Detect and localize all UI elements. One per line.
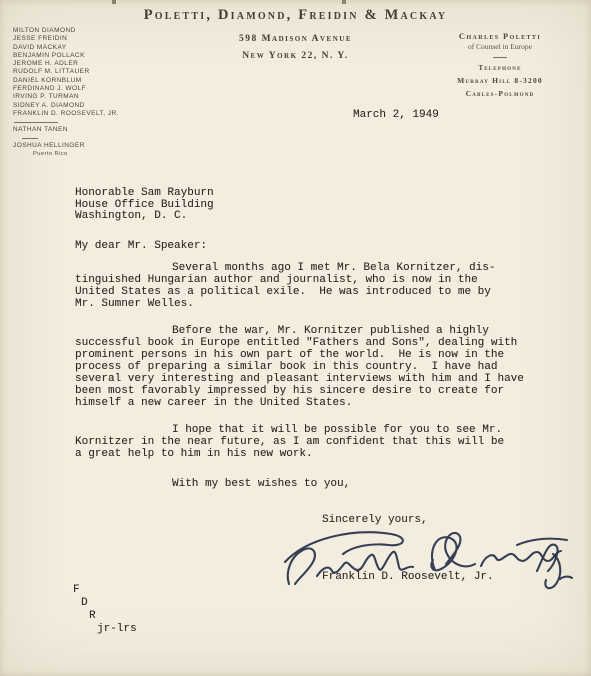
recipient-address-block: Honorable Sam RayburnHouse Office Buildi… [75,188,541,223]
signature-stroke [288,548,315,584]
reference-initial-line: jr-lrs [73,623,137,636]
firm-name: Poletti, Diamond, Freidin & Mackay [0,7,591,24]
letter-date: March 2, 1949 [353,109,439,121]
body-line: United States as a political exile. He w… [75,286,541,298]
body-paragraph: I hope that it will be possible for you … [75,424,541,460]
signature-stroke [537,545,557,571]
reference-initial-line: F [73,584,137,597]
body-line: a great help to him in his new work. [75,448,541,460]
body-paragraph: Before the war, Mr. Kornitzer published … [75,325,541,409]
telephone-number: Murray Hill 8-3200 [415,74,585,87]
signature-autograph [283,522,575,596]
reference-initial-line: R [73,610,137,623]
signature-stroke [517,539,567,545]
counsel-divider [493,57,507,58]
body-line: tinguished Hungarian author and journali… [75,274,541,286]
letter-page: MILTON DIAMONDJESSE FREIDINDAVID MACKAYB… [0,0,591,676]
letter-body: Honorable Sam RayburnHouse Office Buildi… [75,188,541,526]
cables-address: Cables-Polmond [415,87,585,100]
partner-name: FRANKLIN D. ROOSEVELT, JR. [13,110,119,118]
counsel-title: of Counsel in Europe [415,42,585,52]
body-line: prominent persons in his own part of the… [75,349,541,361]
recipient-line: Washington, D. C. [75,211,541,223]
reference-initials: FDRjr-lrs [73,584,137,636]
body-line: several very interesting and pleasant in… [75,373,541,385]
salutation: My dear Mr. Speaker: [75,240,541,252]
body-line: Kornitzer in the near future, as I am co… [75,436,541,448]
body-line: process of preparing a similar book in t… [75,361,541,373]
reference-initial-line: D [73,597,137,610]
body-line: Before the war, Mr. Kornitzer published … [75,325,541,337]
body-line: Mr. Sumner Welles. [75,298,541,310]
partner-name: IRVING P. TURMAN [13,93,119,101]
partner-name: JEROME H. ADLER [13,60,119,68]
partner-note: Puerto Rico [13,150,119,158]
partner-name: JOSHUA HELLINGER [13,142,119,150]
counsel-name: Charles Poletti [415,31,585,42]
signature-stroke [431,533,475,570]
body-line: himself a new career in the United State… [75,397,541,409]
body-line: I hope that it will be possible for you … [75,424,541,436]
body-line: been most favorably impressed by his sin… [75,385,541,397]
scan-artifact-mark [112,0,116,4]
scan-artifact-mark [342,0,346,4]
partner-list-divider [14,122,58,123]
signature-stroke [481,551,561,566]
body-line: Several months ago I met Mr. Bela Kornit… [75,262,541,274]
telephone-label: Telephone [415,62,585,74]
recipient-line: Honorable Sam Rayburn [75,188,541,200]
body-paragraphs: Several months ago I met Mr. Bela Kornit… [75,262,541,460]
closing-wishes: With my best wishes to you, [75,478,541,490]
letterhead-counsel-block: Charles Poletti of Counsel in Europe Tel… [415,31,585,100]
partner-name: RUDOLF M. LITTAUER [13,68,119,76]
signature-stroke [560,577,572,579]
partner-name: FERDINAND J. WOLF [13,85,119,93]
body-paragraph: Several months ago I met Mr. Bela Kornit… [75,262,541,310]
signer-typed-name: Franklin D. Roosevelt, Jr. [322,571,494,583]
body-line: successful book in Europe entitled "Fath… [75,337,541,349]
partner-list-divider [22,138,38,139]
signature-stroke [285,532,403,562]
partner-name: SIDNEY A. DIAMOND [13,102,119,110]
partner-name: DANIEL KORNBLUM [13,77,119,85]
partner-name: NATHAN TANEN [13,126,119,134]
